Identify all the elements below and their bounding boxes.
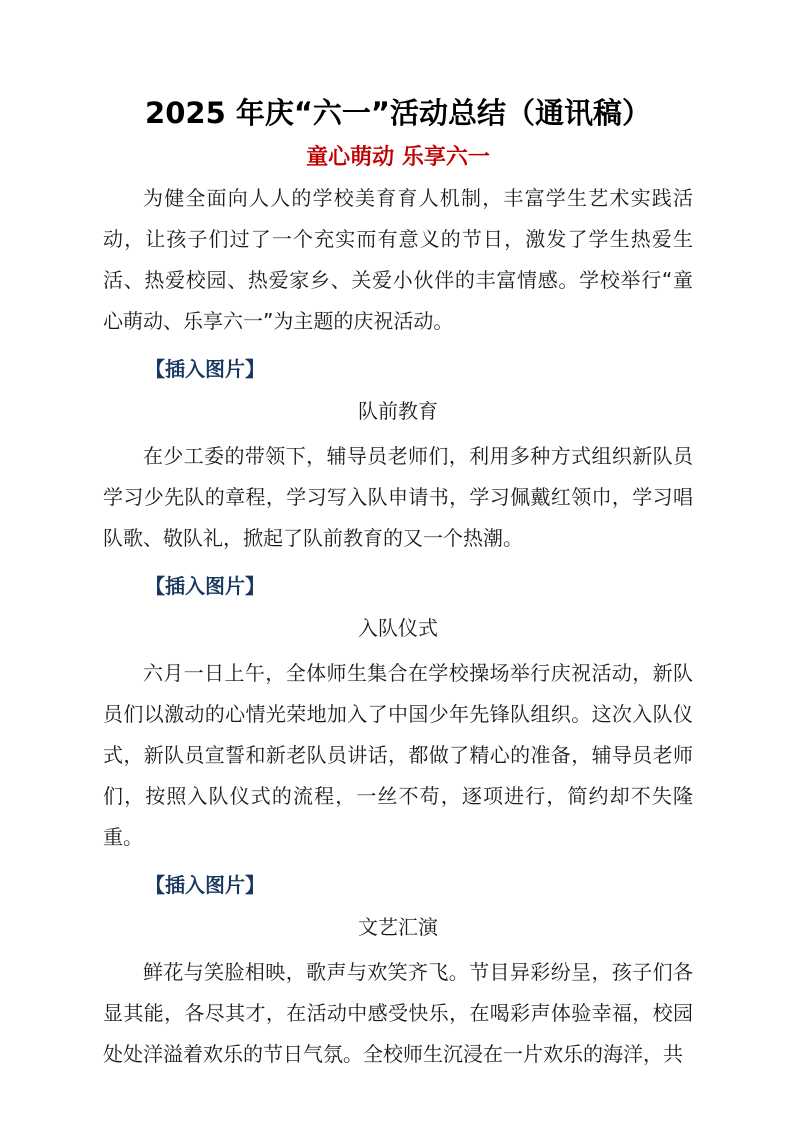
intro-paragraph: 为健全面向人人的学校美育育人机制，丰富学生艺术实践活动，让孩子们过了一个充实而有… [103, 178, 693, 342]
section-heading-3: 文艺汇演 [103, 907, 693, 948]
document-page: 2025 年庆“六一”活动总结（通讯稿） 童心萌动 乐享六一 为健全面向人人的学… [0, 0, 793, 1122]
image-placeholder-2: 【插入图片】 [103, 566, 693, 607]
image-placeholder-3: 【插入图片】 [103, 865, 693, 906]
document-title: 2025 年庆“六一”活动总结（通讯稿） [103, 92, 693, 134]
section-heading-2: 入队仪式 [103, 608, 693, 649]
document-subtitle: 童心萌动 乐享六一 [103, 143, 693, 174]
section-heading-1: 队前教育 [103, 391, 693, 432]
section-body-3: 鲜花与笑脸相映，歌声与欢笑齐飞。节目异彩纷呈，孩子们各显其能，各尽其才，在活动中… [103, 952, 693, 1075]
image-placeholder-1: 【插入图片】 [103, 349, 693, 390]
section-body-1: 在少工委的带领下，辅导员老师们，利用多种方式组织新队员学习少先队的章程，学习写入… [103, 436, 693, 559]
section-body-2: 六月一日上午，全体师生集合在学校操场举行庆祝活动，新队员们以激动的心情光荣地加入… [103, 653, 693, 858]
